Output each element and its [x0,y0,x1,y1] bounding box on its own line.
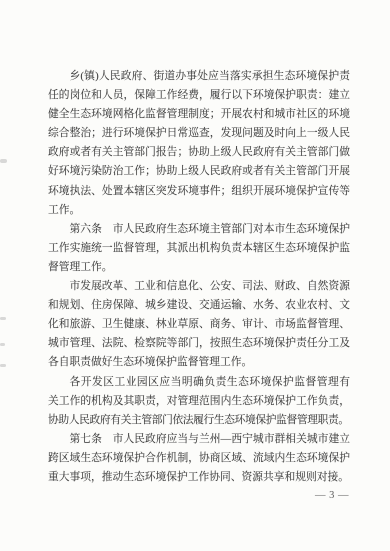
document-line: 城市管理、法院、检察院等部门，按照生态环境保护责任分工及 [48,334,350,353]
document-line: 好环境污染防治工作；协助上级人民政府或者有关主管部门开展 [48,162,350,181]
document-body: 乡(镇)人民政府、街道办事处应当落实承担生态环境保护责 任的岗位和人员，保障工作… [48,67,350,487]
document-line: 综合整治；进行环境保护日常巡查，发现问题及时向上一级人民 [48,124,350,143]
document-line: 各自职责做好生态环境保护监督管理工作。 [48,353,350,372]
document-line: 第七条 市人民政府应当与兰州—西宁城市群相关城市建立 [48,430,350,449]
document-line: 政府或者有关主管部门报告；协助上级人民政府有关主管部门做 [48,143,350,162]
document-line: 督管理工作。 [48,258,350,277]
document-line: 跨区域生态环境保护合作机制，协商区域、流域内生态环境保护 [48,449,350,468]
document-line: 环境执法、处置本辖区突发环境事件；组织开展环境保护宣传等 [48,182,350,201]
document-line: 化和旅游、卫生健康、林业草原、商务、审计、市场监督管理、 [48,315,350,334]
document-line: 工作实施统一监督管理，其派出机构负责本辖区生态环境保护监 [48,239,350,258]
scan-artifact [0,364,6,367]
document-line: 健全生态环境网格化监督管理制度；开展农村和城市社区的环境 [48,105,350,124]
document-line: 任的岗位和人员，保障工作经费，履行以下环境保护职责：建立 [48,86,350,105]
document-line: 和规划、住房保障、城乡建设、交通运输、水务、农业农村、文 [48,296,350,315]
scan-artifact [0,343,5,346]
page-number: — 3 — [308,490,356,501]
document-line: 第六条 市人民政府生态环境主管部门对本市生态环境保护 [48,220,350,239]
scan-artifact [0,159,7,163]
document-line: 各开发区工业园区应当明确负责生态环境保护监督管理有 [48,373,350,392]
document-line: 重大事项，推动生态环境保护工作协同、资源共享和规则对接。 [48,468,350,487]
document-line: 工作。 [48,201,350,220]
document-line: 乡(镇)人民政府、街道办事处应当落实承担生态环境保护责 [48,67,350,86]
document-line: 市发展改革、工业和信息化、公安、司法、财政、自然资源 [48,277,350,296]
document-page: 乡(镇)人民政府、街道办事处应当落实承担生态环境保护责 任的岗位和人员，保障工作… [0,0,390,551]
document-line: 关工作的机构及其职责，对管理范围内生态环境保护工作负责， [48,392,350,411]
scan-artifact [0,317,6,320]
document-line: 协助人民政府有关主管部门依法履行生态环境保护监督管理职责。 [48,411,350,430]
